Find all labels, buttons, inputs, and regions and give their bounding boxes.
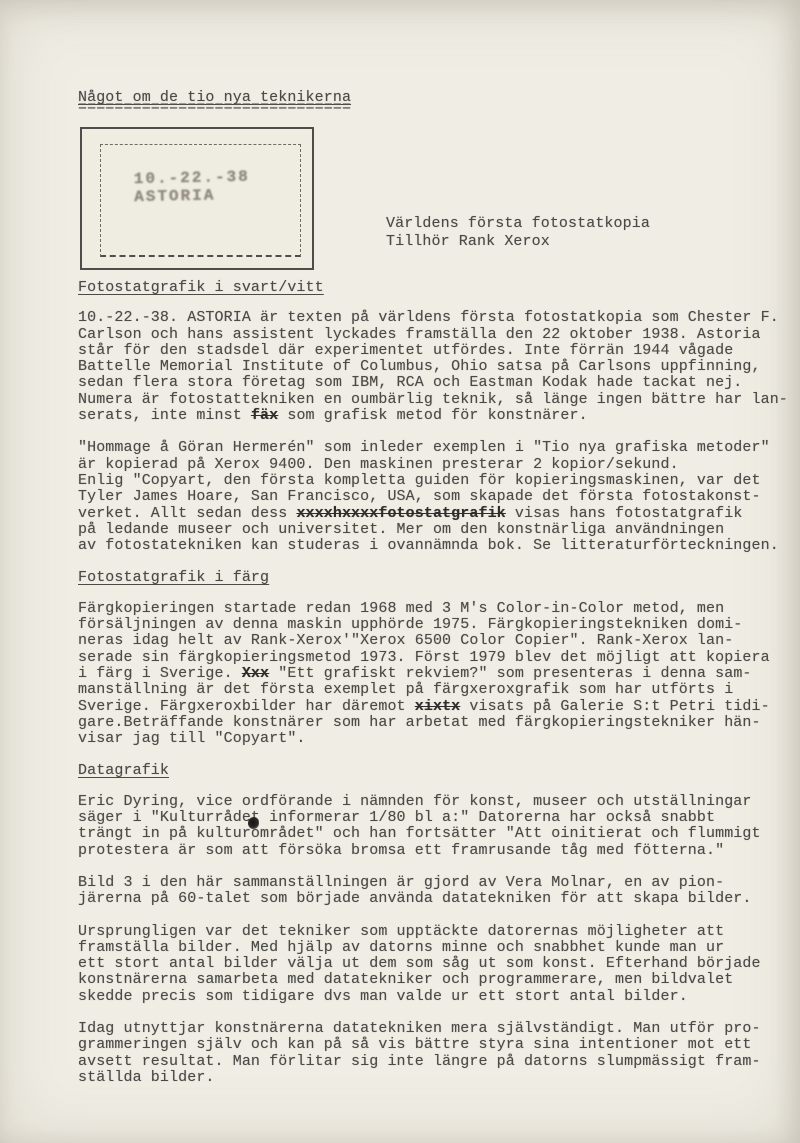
text-line: Numera är fotostattekniken en oumbärlig … [78,392,792,408]
text-line: konstnärerna samarbeta med datatekniker … [78,972,792,988]
text-line: protestera är som att försöka bromsa ett… [78,843,792,859]
text-segment: Sverige. Färgxeroxbilder har däremot [78,698,415,715]
text-line: neras idag helt av Rank-Xerox'"Xerox 650… [78,633,792,649]
photostat-figure-frame: 10.-22.-38 ASTORIA [80,127,314,270]
figure-caption: Världens första fotostatkopia Tillhör Ra… [386,215,650,250]
text-segment: visar jag till "Copyart". [78,730,306,747]
text-line: framställa bilder. Med hjälp av datorns … [78,940,792,956]
text-line: Sverige. Färgxeroxbilder har däremot xix… [78,699,792,715]
text-segment: som grafisk metod för konstnärer. [278,407,587,424]
text-segment: försäljningen av denna maskin upphörde 1… [78,616,742,633]
text-line: visar jag till "Copyart". [78,731,792,747]
typed-over-correction: xixtx [415,698,461,715]
text-line: ställda bilder. [78,1070,792,1086]
section-heading: Fotostatgrafik i svart/vitt [78,280,792,296]
text-segment: verket. Allt sedan dess [78,505,296,522]
paragraph: Idag utnyttjar konstnärerna datatekniken… [78,1021,792,1086]
paragraph: Färgkopieringen startade redan 1968 med … [78,601,792,748]
text-line: sedan flera stora företag som IBM, RCA o… [78,375,792,391]
text-segment: Battelle Memorial Institute of Columbus,… [78,358,761,375]
document-body: Fotostatgrafik i svart/vitt10.-22.-38. A… [78,280,792,1102]
caption-line-1: Världens första fotostatkopia [386,215,650,233]
text-line: Enlig "Copyart, den första kompletta gui… [78,473,792,489]
text-line: ett stort antal bilder välja ut dem som … [78,956,792,972]
text-line: trängt in på kulturområdet" och han fort… [78,826,792,842]
text-segment: är kopierad på Xerox 9400. Den maskinen … [78,456,679,473]
text-segment: visas hans fotostatgrafik [506,505,743,522]
text-line: Bild 3 i den här sammanställningen är gj… [78,875,792,891]
ink-blot [248,817,259,829]
text-segment: avsett resultat. Man förlitar sig inte l… [78,1053,761,1070]
text-segment: av fotostatekniken kan studeras i ovannä… [78,537,779,554]
text-segment: trängt in på kulturområdet" och han fort… [78,825,761,842]
text-segment: i färg i Sverige. [78,665,242,682]
typed-over-correction: xxxxhxxxxfotostatgrafik [296,505,505,522]
text-segment: gare.Beträffande konstnärer som har arbe… [78,714,761,731]
stamp-line-1: 10.-22.-38 [134,168,250,188]
text-line: "Hommage å Göran Hermerén" som inleder e… [78,440,792,456]
text-segment: Eric Dyring, vice ordförande i nämnden f… [78,793,752,810]
text-line: försäljningen av denna maskin upphörde 1… [78,617,792,633]
title-underline: ============================== [78,103,351,113]
text-line: Carlson och hans assistent lyckades fram… [78,327,792,343]
text-segment: visats på Galerie S:t Petri tidi- [460,698,769,715]
text-segment: säger i "Kulturrådet informerar 1/80 bl … [78,809,715,826]
text-segment: sedan flera stora företag som IBM, RCA o… [78,374,742,391]
typed-over-correction: Xxx [242,665,269,682]
text-segment: Färgkopieringen startade redan 1968 med … [78,600,724,617]
scanned-document-page: Något om de tio nya teknikerna =========… [0,0,800,1143]
text-line: Ursprungligen var det tekniker som upptä… [78,924,792,940]
text-segment: järerna på 60-talet som började använda … [78,890,752,907]
text-segment: står för den stadsdel där experimentet u… [78,342,733,359]
text-segment: Ursprungligen var det tekniker som upptä… [78,923,724,940]
section-heading: Datagrafik [78,763,792,779]
text-line: Tyler James Hoare, San Francisco, USA, s… [78,489,792,505]
text-segment: ett stort antal bilder välja ut dem som … [78,955,761,972]
text-segment: Numera är fotostattekniken en oumbärlig … [78,391,788,408]
text-segment: Enlig "Copyart, den första kompletta gui… [78,472,761,489]
text-segment: serats, inte minst [78,407,251,424]
text-line: serats, inte minst fäx som grafisk metod… [78,408,792,424]
text-segment: "Ett grafiskt rekviem?" som presenteras … [269,665,751,682]
text-segment: Idag utnyttjar konstnärerna datatekniken… [78,1020,761,1037]
text-segment: Bild 3 i den här sammanställningen är gj… [78,874,724,891]
stamp-line-2: ASTORIA [134,186,250,206]
paragraph: Ursprungligen var det tekniker som upptä… [78,924,792,1005]
document-title: Något om de tio nya teknikerna =========… [78,90,351,113]
text-line: är kopierad på Xerox 9400. Den maskinen … [78,457,792,473]
paragraph: Eric Dyring, vice ordförande i nämnden f… [78,794,792,859]
text-line: serade sin färgkopieringsmetod 1973. För… [78,650,792,666]
text-segment: protestera är som att försöka bromsa ett… [78,842,724,859]
text-line: står för den stadsdel där experimentet u… [78,343,792,359]
text-line: på ledande museer och universitet. Mer o… [78,522,792,538]
paragraph: "Hommage å Göran Hermerén" som inleder e… [78,440,792,554]
typed-over-correction: fäx [251,407,278,424]
text-line: grammeringen själv och kan på så vis bät… [78,1037,792,1053]
caption-line-2: Tillhör Rank Xerox [386,233,650,251]
text-segment: grammeringen själv och kan på så vis bät… [78,1036,752,1053]
text-segment: neras idag helt av Rank-Xerox'"Xerox 650… [78,632,733,649]
section-heading: Fotostatgrafik i färg [78,570,792,586]
paragraph: Bild 3 i den här sammanställningen är gj… [78,875,792,908]
text-segment: 10.-22.-38. ASTORIA är texten på världen… [78,309,779,326]
text-line: av fotostatekniken kan studeras i ovannä… [78,538,792,554]
photostat-stamp-text: 10.-22.-38 ASTORIA [134,168,251,206]
text-segment: på ledande museer och universitet. Mer o… [78,521,724,538]
text-line: skedde precis som tidigare dvs man valde… [78,989,792,1005]
text-line: 10.-22.-38. ASTORIA är texten på världen… [78,310,792,326]
text-segment: manställning är det första exemplet på f… [78,681,733,698]
text-segment: ställda bilder. [78,1069,215,1086]
text-segment: Tyler James Hoare, San Francisco, USA, s… [78,488,761,505]
text-line: manställning är det första exemplet på f… [78,682,792,698]
text-line: Färgkopieringen startade redan 1968 med … [78,601,792,617]
text-line: verket. Allt sedan dess xxxxhxxxxfotosta… [78,506,792,522]
text-line: Eric Dyring, vice ordförande i nämnden f… [78,794,792,810]
text-segment: serade sin färgkopieringsmetod 1973. För… [78,649,770,666]
text-line: järerna på 60-talet som började använda … [78,891,792,907]
text-line: avsett resultat. Man förlitar sig inte l… [78,1054,792,1070]
paragraph: 10.-22.-38. ASTORIA är texten på världen… [78,310,792,424]
text-line: gare.Beträffande konstnärer som har arbe… [78,715,792,731]
text-line: Idag utnyttjar konstnärerna datatekniken… [78,1021,792,1037]
text-segment: skedde precis som tidigare dvs man valde… [78,988,688,1005]
text-segment: Carlson och hans assistent lyckades fram… [78,326,761,343]
text-segment: konstnärerna samarbeta med datatekniker … [78,971,733,988]
text-line: säger i "Kulturrådet informerar 1/80 bl … [78,810,792,826]
text-line: i färg i Sverige. Xxx "Ett grafiskt rekv… [78,666,792,682]
text-segment: "Hommage å Göran Hermerén" som inleder e… [78,439,770,456]
text-segment: framställa bilder. Med hjälp av datorns … [78,939,724,956]
